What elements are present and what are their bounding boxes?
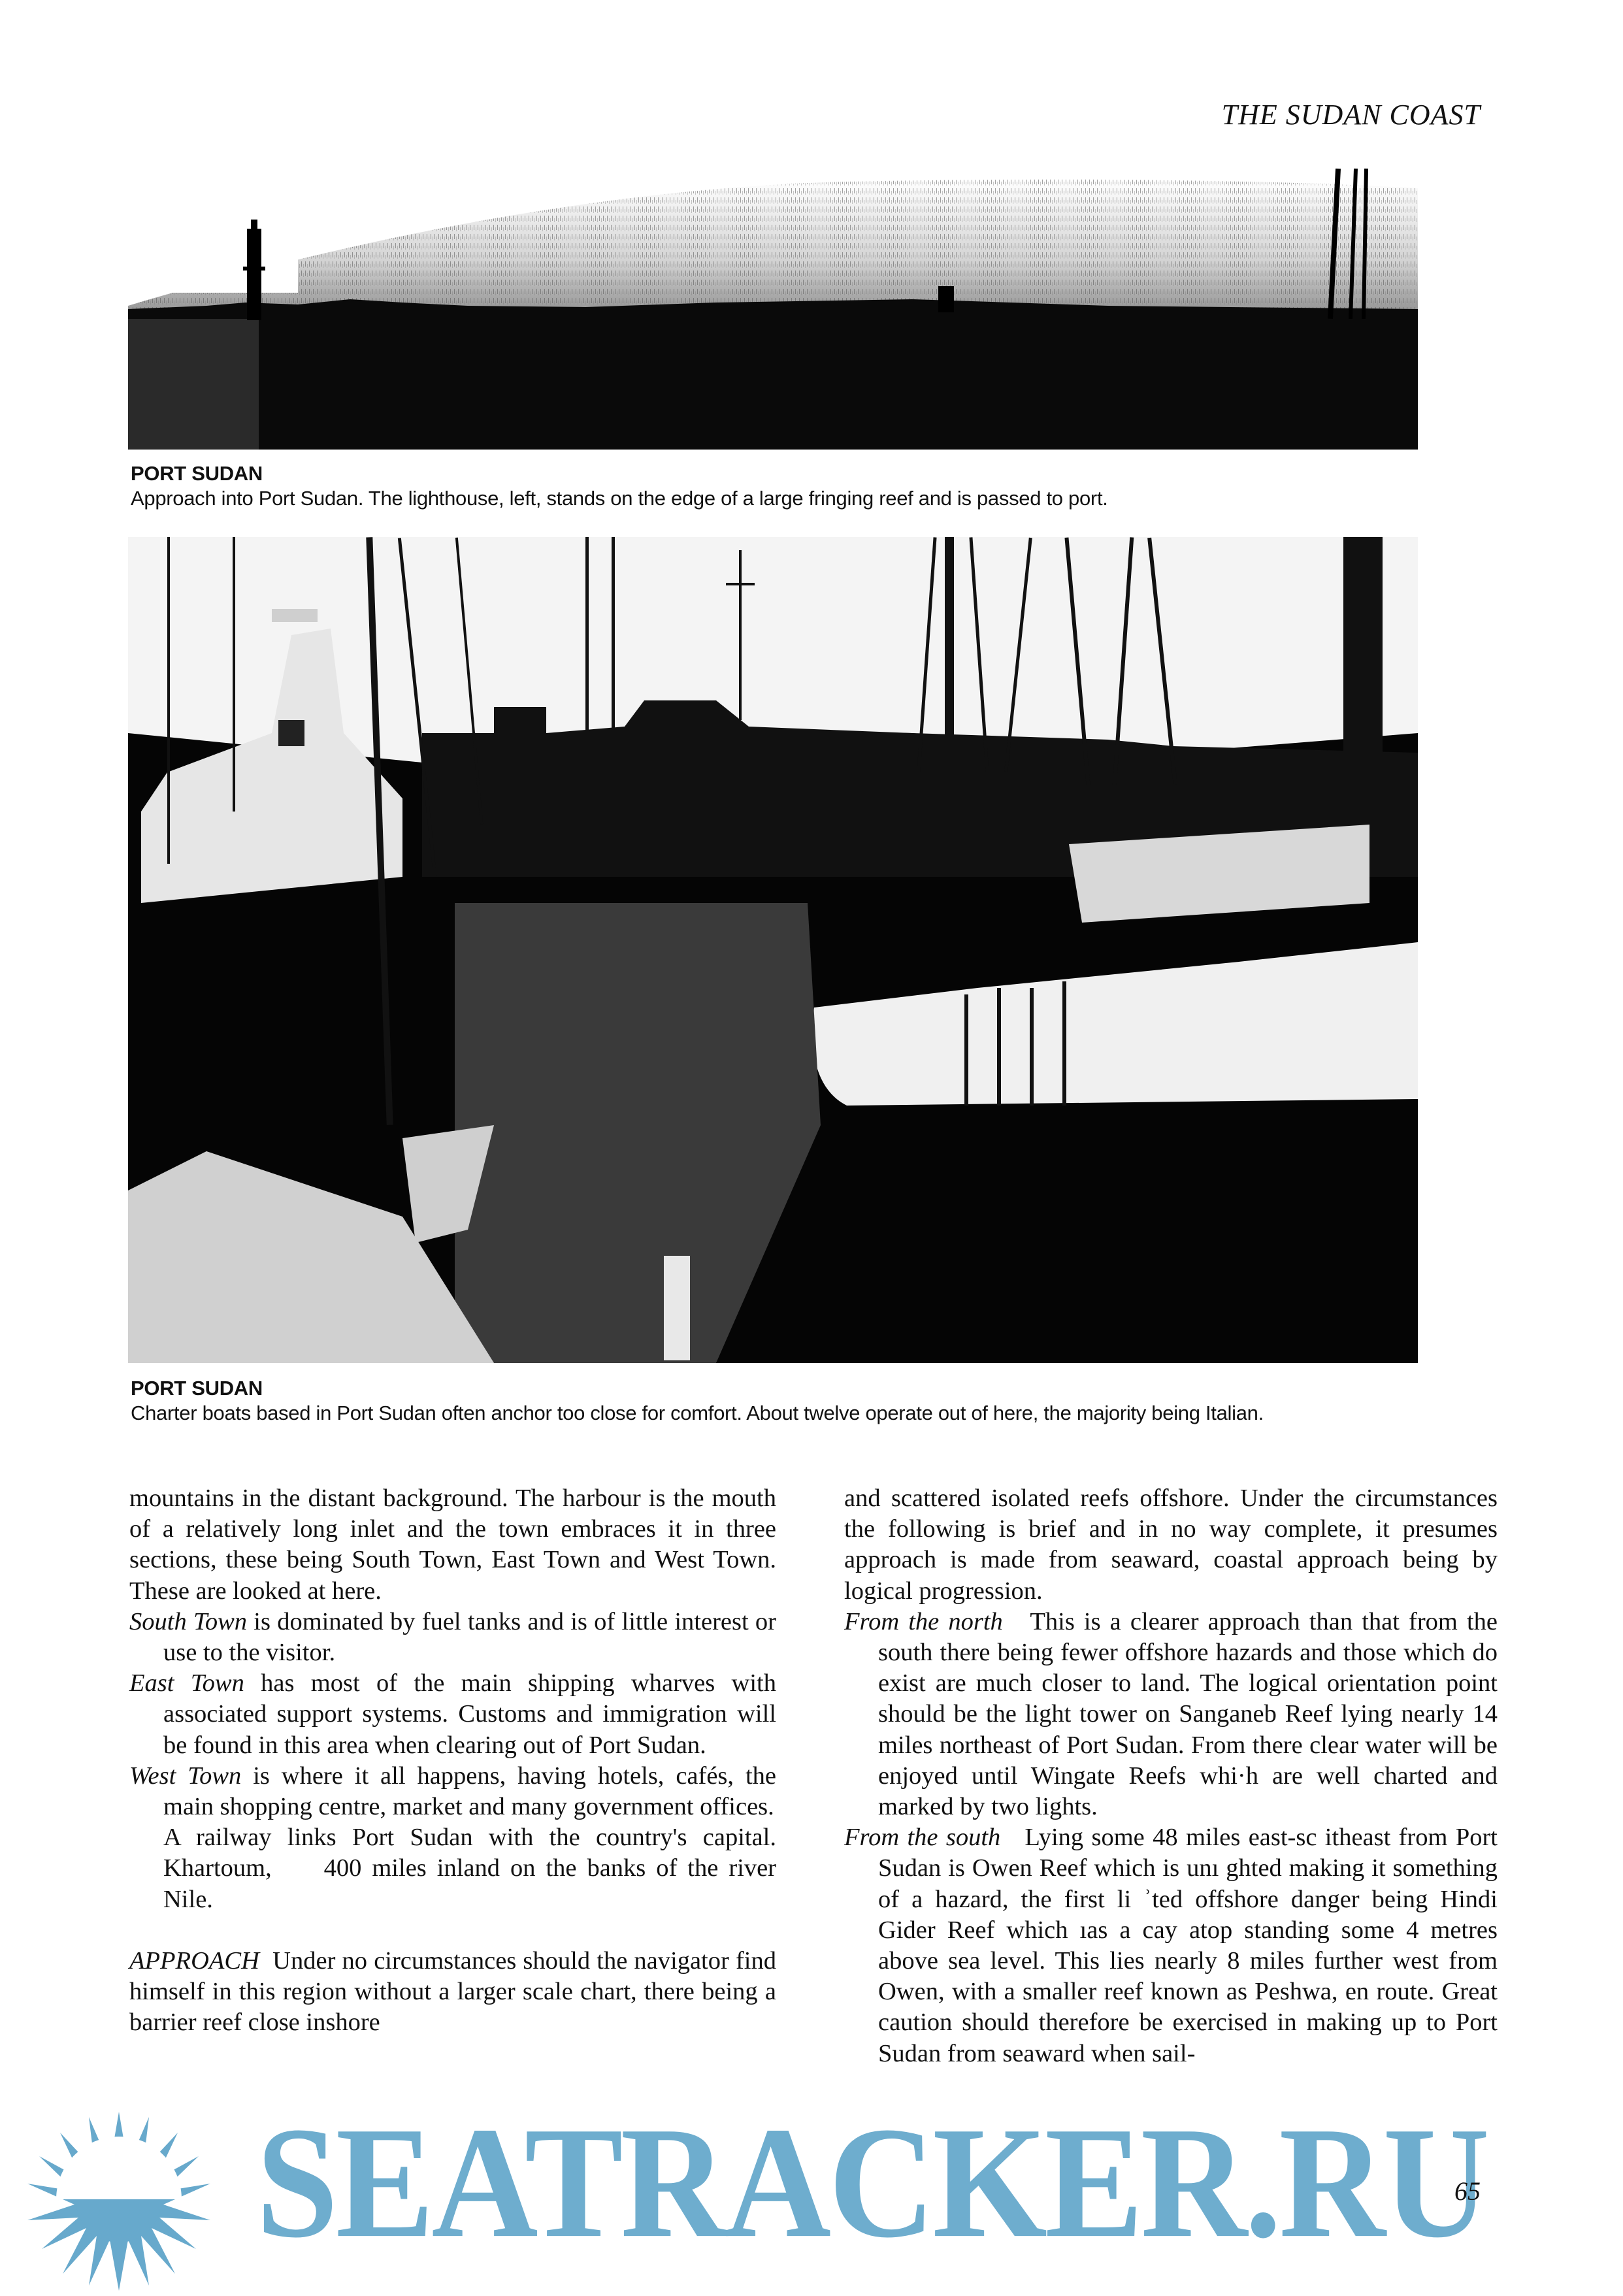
body-column-left: mountains in the distant background. The… (129, 1483, 776, 2038)
run-in-heading: From the north (844, 1608, 1003, 1635)
run-in-heading: West Town (129, 1762, 241, 1790)
paragraph-approach-continued: and scattered isolated reefs offshore. U… (844, 1483, 1498, 1607)
paragraph-from-the-south: From the south Lying some 48 miles east-… (844, 1822, 1498, 2069)
paragraph-from-the-north: From the north This is a clearer approac… (844, 1607, 1498, 1822)
harbour-photo-graphic (128, 537, 1418, 1363)
paragraph-south-town: South Town is dominated by fuel tanks an… (129, 1607, 776, 1668)
watermark-text: SEATRACKER.RU (256, 2103, 1487, 2262)
body-column-right: and scattered isolated reefs offshore. U… (844, 1483, 1498, 2069)
figure-title: PORT SUDAN (131, 1376, 1431, 1401)
lighthouse-photo-graphic (128, 169, 1418, 450)
figure-caption-text: Approach into Port Sudan. The lighthouse… (131, 487, 1108, 510)
section-heading-approach: APPROACH (129, 1947, 259, 1975)
paragraph-railway: A railway links Port Sudan with the coun… (129, 1822, 776, 1915)
run-in-heading: East Town (129, 1669, 244, 1697)
run-in-heading: South Town (129, 1608, 247, 1635)
run-in-heading: From the south (844, 1824, 1000, 1851)
photo-port-sudan-harbour (128, 537, 1418, 1363)
paragraph-approach: APPROACH Under no circumstances should t… (129, 1946, 776, 2039)
paragraph-west-town: West Town is where it all happens, havin… (129, 1761, 776, 1822)
figure-title: PORT SUDAN (131, 461, 1431, 486)
figure-caption-text: Charter boats based in Port Sudan often … (131, 1402, 1264, 1424)
paragraph-harbour-intro: mountains in the distant background. The… (129, 1483, 776, 1607)
page-number: 65 (1454, 2176, 1481, 2206)
running-title: THE SUDAN COAST (1222, 98, 1481, 131)
paragraph-east-town: East Town has most of the main shipping … (129, 1668, 776, 1761)
photo-port-sudan-approach (128, 169, 1418, 450)
figure-caption-1: PORT SUDAN Approach into Port Sudan. The… (131, 461, 1431, 511)
book-page: THE SUDAN COAST (0, 0, 1623, 2296)
figure-caption-2: PORT SUDAN Charter boats based in Port S… (131, 1376, 1431, 1426)
